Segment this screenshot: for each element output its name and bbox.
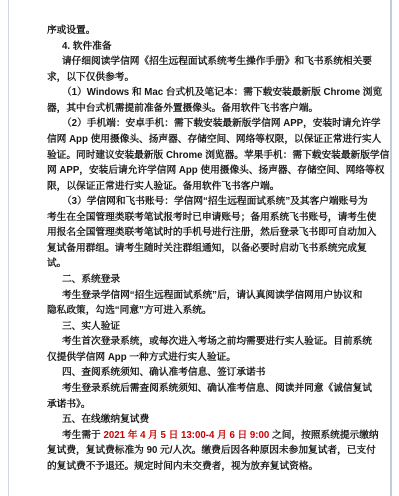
text-line: 四、查阅系统须知、确认准考信息、签订承诺书: [47, 365, 377, 381]
document-page: 序或设置。4. 软件准备请仔细阅读学信网《招生远程面试系统考生操作手册》和飞书系…: [47, 23, 377, 474]
text-line: （1）Windows 和 Mac 台式机及笔记本：需下载安装最新版 Chrome…: [47, 85, 377, 101]
text-line: （3）学信网和飞书账号：学信网“招生远程面试系统”及其客户端账号为: [47, 194, 377, 210]
text-line: 考生登录系统后需查阅系统须知、确认准考信息、阅读并同意《诚信复试: [47, 381, 377, 397]
text-line: 器，其中台式机需提前准备外置摄像头。备用软件飞书客户端。: [47, 101, 377, 117]
text-line: 考生首次登录系统，或每次进入考场之前均需要进行实人验证。目前系统: [47, 334, 377, 350]
text-line: 五、在线缴纳复试费: [47, 412, 377, 428]
text-line: （2）手机端：安卓手机：需下载安装最新版学信网 APP，安装时请允许学: [47, 116, 377, 132]
text-line: 复试备用群组。请考生随时关注群组通知，以备必要时启动飞书系统完成复: [47, 241, 377, 257]
text-line: 三、实人验证: [47, 319, 377, 335]
text-line: 试。: [47, 256, 377, 272]
text-line: 信网 App 使用摄像头、扬声器、存储空间、网络等权限，以保证正常进行实人: [47, 132, 377, 148]
page-left-edge-line: [8, 0, 9, 496]
text-line: 考生登录学信网“招生远程面试系统”后，请认真阅读学信网用户协议和: [47, 288, 377, 304]
text-line: 限，以保证正常进行实人验证。备用软件飞书客户端。: [47, 179, 377, 195]
text-line: 4. 软件准备: [47, 39, 377, 55]
text-line: 复试费，复试费标准为 90 元/人次。缴费后因各种原因未参加复试者，已支付: [47, 443, 377, 459]
text-segment: 考生需于: [62, 430, 103, 441]
fee-deadline-date-range: 2021 年 4 月 5 日 13:00-4 月 6 日 9:00: [103, 430, 269, 441]
text-line: 考生需于 2021 年 4 月 5 日 13:00-4 月 6 日 9:00 之…: [47, 428, 377, 444]
text-line: 二、系统登录: [47, 272, 377, 288]
text-line: 隐私政策，勾选“同意”方可进入系统。: [47, 303, 377, 319]
text-line: 用报名全国管理类联考笔试时的手机号进行注册，然后登录飞书即可自动加入: [47, 225, 377, 241]
page-right-edge-line: [390, 0, 392, 496]
text-line: 求，以下仅供参考。: [47, 70, 377, 86]
text-line: 的复试费不予退还。规定时间内未交费者，视为放弃复试资格。: [47, 459, 377, 475]
text-line: 验证。同时建议安装最新版 Chrome 浏览器。苹果手机：需下载安装最新版学信: [47, 148, 377, 164]
text-line: 承诺书》。: [47, 397, 377, 413]
text-line: 考生在全国管理类联考笔试报考时已申请账号；备用系统飞书账号，请考生使: [47, 210, 377, 226]
text-line: 仅提供学信网 App 一种方式进行实人验证。: [47, 350, 377, 366]
text-segment: 之间，按照系统提示缴纳: [269, 430, 378, 441]
text-line: 网 APP，安装后请允许学信网 App 使用摄像头、扬声器、存储空间、网络等权: [47, 163, 377, 179]
text-line: 请仔细阅读学信网《招生远程面试系统考生操作手册》和飞书系统相关要: [47, 54, 377, 70]
text-line: 序或设置。: [47, 23, 377, 39]
